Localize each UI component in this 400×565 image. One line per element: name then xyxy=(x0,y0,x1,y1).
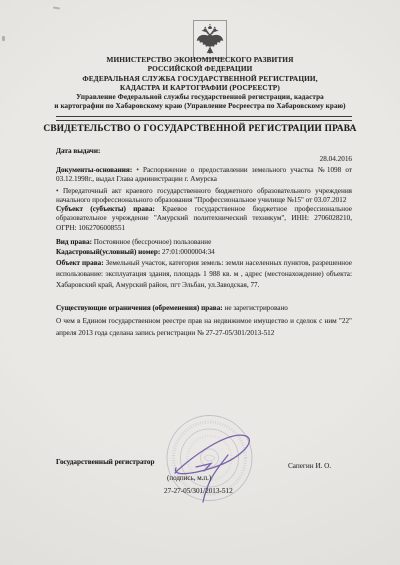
double-rule-divider xyxy=(56,116,352,121)
authority-line: КАДАСТРА И КАРТОГРАФИИ (РОСРЕЕСТР) xyxy=(30,83,370,92)
subject-label: Субъект (субъекты) права: xyxy=(56,205,155,213)
registry-record-note: О чем в Едином государственном реестре п… xyxy=(56,315,352,339)
object-paragraph: Объект права: Земельный участок, категор… xyxy=(56,258,352,291)
scan-speck xyxy=(2,36,5,41)
cadastral-value: 27:01:0000004:34 xyxy=(162,248,215,256)
signature-registration-number: 27-27-05/301/2013-512 xyxy=(164,487,274,495)
subject-paragraph: Субъект (субъекты) права: Краевое госуда… xyxy=(56,205,352,233)
registrar-label: Государственный регистратор xyxy=(56,458,186,467)
issuing-authority: МИНИСТЕРСТВО ЭКОНОМИЧЕСКОГО РАЗВИТИЯ РОС… xyxy=(30,55,370,112)
basis-item-2: • Передаточный акт краевого государствен… xyxy=(56,187,352,206)
authority-line: ФЕДЕРАЛЬНАЯ СЛУЖБА ГОСУДАРСТВЕННОЙ РЕГИС… xyxy=(30,74,370,83)
registrar-signature xyxy=(160,418,270,518)
issue-date-value: 28.04.2016 xyxy=(56,155,352,164)
registrar-name: Сапегин И. О. xyxy=(288,462,368,470)
object-label: Объект права: xyxy=(56,259,104,267)
authority-line: Управление Федеральной службы государств… xyxy=(30,93,370,102)
right-type-label: Вид права: xyxy=(56,238,92,246)
double-headed-eagle-icon xyxy=(195,23,225,57)
restrictions-value: не зарегистрировано xyxy=(224,304,287,312)
cadastral-label: Кадастровый(условный) номер: xyxy=(56,248,160,256)
restrictions-label: Существующие ограничения (обременения) п… xyxy=(56,304,223,312)
authority-line: и картографии по Хабаровскому краю (Упра… xyxy=(30,102,370,111)
page-title: СВИДЕТЕЛЬСТВО О ГОСУДАРСТВЕННОЙ РЕГИСТРА… xyxy=(30,124,370,134)
certificate-page: МИНИСТЕРСТВО ЭКОНОМИЧЕСКОГО РАЗВИТИЯ РОС… xyxy=(0,0,400,565)
basis-label: Документы-основания: xyxy=(56,166,132,174)
right-type-row: Вид права: Постоянное (бессрочное) польз… xyxy=(56,238,352,247)
authority-line: РОССИЙСКОЙ ФЕДЕРАЦИИ xyxy=(30,64,370,73)
basis-documents-paragraph: Документы-основания: • Распоряжение о пр… xyxy=(56,166,352,185)
authority-line: МИНИСТЕРСТВО ЭКОНОМИЧЕСКОГО РАЗВИТИЯ xyxy=(30,55,370,64)
scan-speck xyxy=(53,7,60,10)
cadastral-number-row: Кадастровый(условный) номер: 27:01:00000… xyxy=(56,248,352,257)
coat-of-arms-box xyxy=(193,20,227,59)
right-type-value: Постоянное (бессрочное) пользование xyxy=(94,238,212,246)
signature-caption: (подпись, м.п.) xyxy=(167,474,257,482)
restrictions-row: Существующие ограничения (обременения) п… xyxy=(56,304,352,313)
